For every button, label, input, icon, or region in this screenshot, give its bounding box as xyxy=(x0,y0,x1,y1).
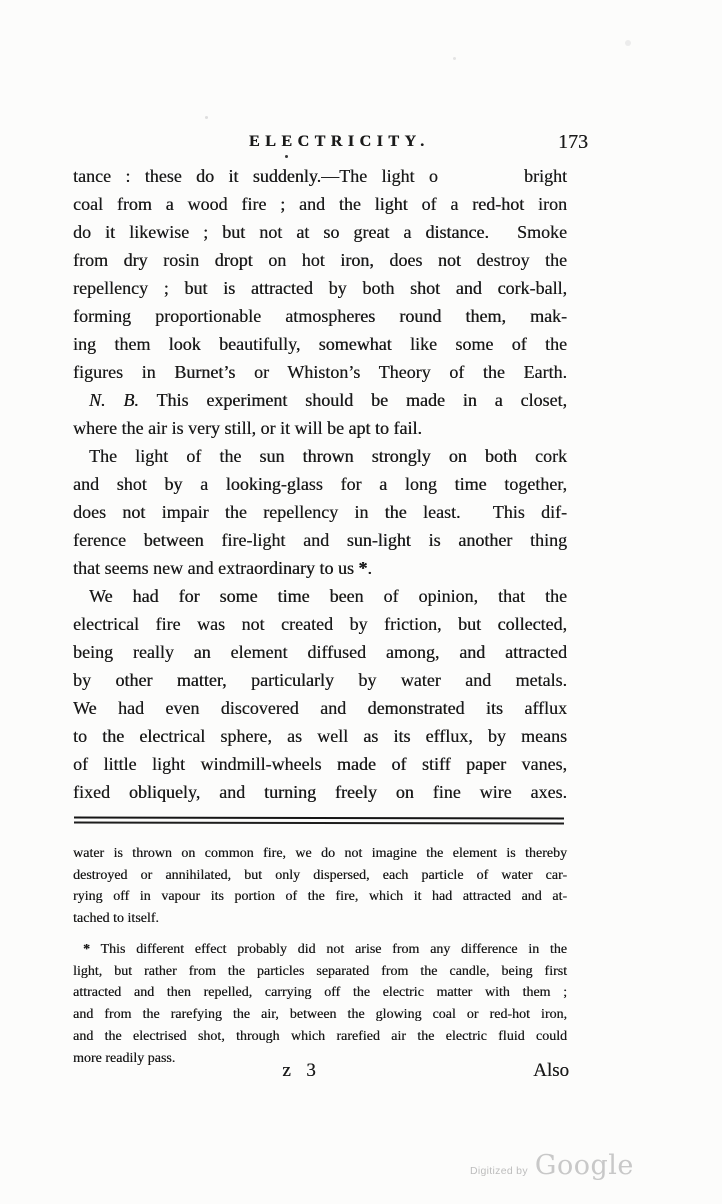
text-line: ference between fire-light and sun-light… xyxy=(73,526,567,554)
text-line: tance : these do it suddenly.—The light … xyxy=(73,162,567,190)
digitized-by-label: Digitized by xyxy=(470,1165,528,1177)
text-line: We had for some time been of opinion, th… xyxy=(73,582,567,610)
text-segment: light, but rather from the particles sep… xyxy=(73,964,567,979)
text-segment: ference between fire-light and sun-light… xyxy=(73,530,567,550)
text-segment: by other matter, particularly by water a… xyxy=(73,670,567,690)
text-segment: We had even discovered and demonstrated … xyxy=(73,698,567,718)
text-line: to the electrical sphere, as well as its… xyxy=(73,722,567,750)
text-segment: * xyxy=(83,942,90,957)
text-segment: does not impair the repellency in the le… xyxy=(73,502,567,522)
text-line: rying off in vapour its portion of the f… xyxy=(73,886,567,908)
text-segment: of little light windmill-wheels made of … xyxy=(73,754,567,774)
text-line: does not impair the repellency in the le… xyxy=(73,498,567,526)
scan-speck xyxy=(453,57,456,60)
page-number: 173 xyxy=(558,131,588,154)
text-segment: We had for some time been of opinion, th… xyxy=(89,586,567,606)
scan-speck xyxy=(625,40,631,46)
text-segment: forming proportionable atmospheres round… xyxy=(73,306,567,326)
text-segment: This experiment should be made in a clos… xyxy=(139,390,567,410)
body-text: tance : these do it suddenly.—The light … xyxy=(73,162,567,806)
text-segment: electrical fire was not created by frict… xyxy=(73,614,567,634)
page-title: ELECTRICITY. xyxy=(249,133,430,151)
text-line: and shot by a looking-glass for a long t… xyxy=(73,470,567,498)
text-line: forming proportionable atmospheres round… xyxy=(73,302,567,330)
text-segment: . xyxy=(367,558,372,578)
text-line: fixed obliquely, and turning freely on f… xyxy=(73,778,567,806)
running-header: ELECTRICITY. 173 xyxy=(73,131,567,155)
text-segment: do it likewise ; but not at so great a d… xyxy=(73,222,567,242)
text-line: We had even discovered and demonstrated … xyxy=(73,694,567,722)
text-line: that seems new and extraordinary to us *… xyxy=(73,554,567,582)
text-line: do it likewise ; but not at so great a d… xyxy=(73,218,567,246)
footnote-asterisk: * This different effect probably did not… xyxy=(73,939,567,1069)
text-segment: This different effect probably did not a… xyxy=(90,942,567,957)
text-line: The light of the sun thrown strongly on … xyxy=(73,442,567,470)
text-line: * This different effect probably did not… xyxy=(73,939,567,961)
text-segment: that seems new and extraordinary to us xyxy=(73,558,358,578)
text-segment: ing them look beautifully, somewhat like… xyxy=(73,334,567,354)
text-segment: rying off in vapour its portion of the f… xyxy=(73,889,567,904)
separator-rule-bottom xyxy=(74,822,564,825)
google-watermark: Digitized by Google xyxy=(470,1150,634,1181)
text-segment: being really an element diffused among, … xyxy=(73,642,567,662)
text-segment: and shot by a looking-glass for a long t… xyxy=(73,474,567,494)
text-line: by other matter, particularly by water a… xyxy=(73,666,567,694)
text-line: from dry rosin dropt on hot iron, does n… xyxy=(73,246,567,274)
text-segment: where the air is very still, or it will … xyxy=(73,418,422,438)
catchword: Also xyxy=(533,1060,569,1082)
text-line: tached to itself. xyxy=(73,908,567,930)
text-line: light, but rather from the particles sep… xyxy=(73,961,567,983)
text-line: of little light windmill-wheels made of … xyxy=(73,750,567,778)
text-line: destroyed or annihilated, but only dispe… xyxy=(73,865,567,887)
text-segment: tached to itself. xyxy=(73,911,159,926)
text-line: repellency ; but is attracted by both sh… xyxy=(73,274,567,302)
text-segment: to the electrical sphere, as well as its… xyxy=(73,726,567,746)
text-line: coal from a wood fire ; and the light of… xyxy=(73,190,567,218)
text-segment: tance : these do it suddenly.—The light … xyxy=(73,166,567,186)
text-segment: coal from a wood fire ; and the light of… xyxy=(73,194,567,214)
scan-speck xyxy=(205,116,208,119)
text-segment: water is thrown on common fire, we do no… xyxy=(73,846,567,861)
text-line: and from the rarefying the air, between … xyxy=(73,1004,567,1026)
text-segment: and from the rarefying the air, between … xyxy=(73,1007,567,1022)
text-line: figures in Burnet’s or Whiston’s Theory … xyxy=(73,358,567,386)
text-segment: figures in Burnet’s or Whiston’s Theory … xyxy=(73,362,567,382)
text-line: and the electrised shot, through which r… xyxy=(73,1026,567,1048)
text-line: N. B. This experiment should be made in … xyxy=(73,386,567,414)
text-line: being really an element diffused among, … xyxy=(73,638,567,666)
text-line: attracted and then repelled, carrying of… xyxy=(73,982,567,1004)
text-line: where the air is very still, or it will … xyxy=(73,414,567,442)
text-segment: repellency ; but is attracted by both sh… xyxy=(73,278,567,298)
text-segment: fixed obliquely, and turning freely on f… xyxy=(73,782,567,802)
text-segment: destroyed or annihilated, but only dispe… xyxy=(73,868,567,883)
separator-rule-top xyxy=(74,816,564,819)
text-segment: and the electrised shot, through which r… xyxy=(73,1029,567,1044)
text-segment: from dry rosin dropt on hot iron, does n… xyxy=(73,250,567,270)
text-line: ing them look beautifully, somewhat like… xyxy=(73,330,567,358)
text-segment: The light of the sun thrown strongly on … xyxy=(89,446,567,466)
signature-mark: z 3 xyxy=(73,1060,527,1082)
text-line: water is thrown on common fire, we do no… xyxy=(73,843,567,865)
footnote-continuation: water is thrown on common fire, we do no… xyxy=(73,843,567,930)
text-segment: N. B. xyxy=(89,390,139,410)
footnote-separator xyxy=(74,816,564,824)
text-line: electrical fire was not created by frict… xyxy=(73,610,567,638)
google-logo: Google xyxy=(535,1150,634,1181)
text-segment: attracted and then repelled, carrying of… xyxy=(73,985,567,1000)
ink-speck xyxy=(285,155,288,158)
signature-line: z 3 Also xyxy=(73,1060,567,1086)
